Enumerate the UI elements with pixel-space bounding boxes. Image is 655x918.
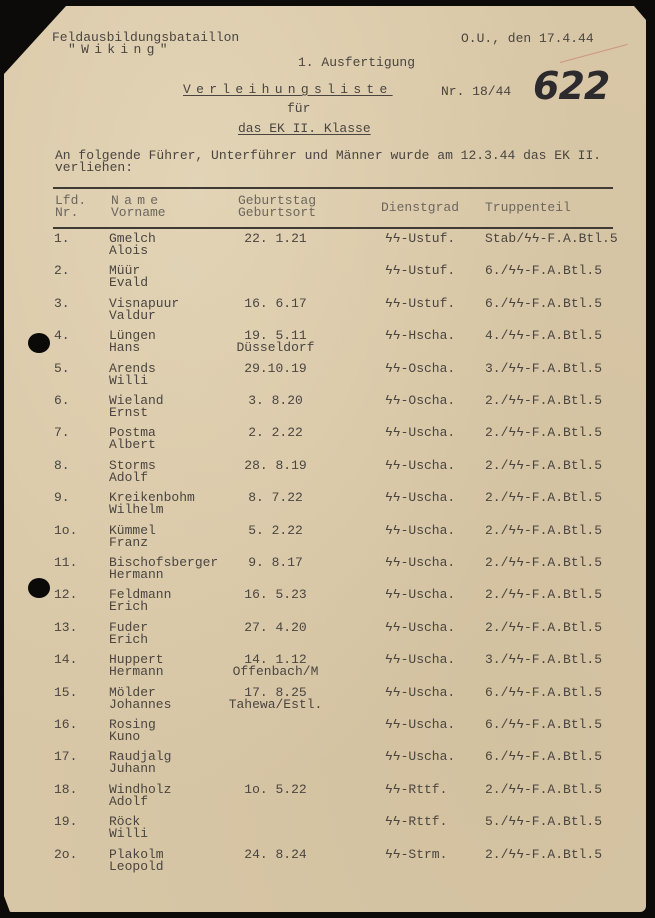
- row-unit: 6./ϟϟ-F.A.Btl.5: [485, 751, 602, 763]
- row-firstname: Franz: [109, 537, 148, 549]
- document-number: Nr. 18/44: [441, 86, 511, 98]
- row-firstname: Adolf: [109, 796, 148, 808]
- row-number: 2.: [54, 265, 70, 277]
- table-row: 9.KreikenbohmWilhelm8. 7.22ϟϟ-Uscha.2./ϟ…: [0, 492, 655, 524]
- row-unit: 2./ϟϟ-F.A.Btl.5: [485, 622, 602, 634]
- table-row: 16.RosingKunoϟϟ-Uscha.6./ϟϟ-F.A.Btl.5: [0, 719, 655, 751]
- row-number: 11.: [54, 557, 77, 569]
- row-number: 13.: [54, 622, 77, 634]
- row-firstname: Ernst: [109, 407, 148, 419]
- row-unit: 2./ϟϟ-F.A.Btl.5: [485, 460, 602, 472]
- row-number: 14.: [54, 654, 77, 666]
- row-number: 8.: [54, 460, 70, 472]
- row-birthdate: 2. 2.22: [228, 427, 323, 439]
- row-unit: 3./ϟϟ-F.A.Btl.5: [485, 363, 602, 375]
- row-birthdate: 24. 8.24: [228, 849, 323, 861]
- fuer-label: für: [287, 103, 310, 115]
- table-row: 2.MüürEvaldϟϟ-Ustuf.6./ϟϟ-F.A.Btl.5: [0, 265, 655, 297]
- row-rank: ϟϟ-Uscha.: [385, 687, 455, 699]
- row-rank: ϟϟ-Strm.: [385, 849, 447, 861]
- row-firstname: Valdur: [109, 310, 156, 322]
- row-unit: 2./ϟϟ-F.A.Btl.5: [485, 589, 602, 601]
- row-number: 2o.: [54, 849, 77, 861]
- row-firstname: Willi: [109, 375, 148, 387]
- row-rank: ϟϟ-Ustuf.: [385, 298, 455, 310]
- row-number: 1.: [54, 233, 70, 245]
- table-row: 13.FuderErich27. 4.20ϟϟ-Uscha.2./ϟϟ-F.A.…: [0, 622, 655, 654]
- row-number: 9.: [54, 492, 70, 504]
- col-nr-2: Nr.: [55, 207, 78, 219]
- row-birthplace: Offenbach/M: [228, 666, 323, 678]
- row-rank: ϟϟ-Uscha.: [385, 719, 455, 731]
- row-number: 16.: [54, 719, 77, 731]
- table-top-rule: [53, 187, 613, 189]
- row-firstname: Hermann: [109, 569, 164, 581]
- row-unit: 2./ϟϟ-F.A.Btl.5: [485, 849, 602, 861]
- table-row: 1o.KümmelFranz5. 2.22ϟϟ-Uscha.2./ϟϟ-F.A.…: [0, 525, 655, 557]
- handwritten-number: 622: [533, 66, 609, 106]
- row-number: 3.: [54, 298, 70, 310]
- table-header-rule: [53, 227, 613, 229]
- row-unit: Stab/ϟϟ-F.A.Btl.5: [485, 233, 618, 245]
- row-number: 19.: [54, 816, 77, 828]
- table-row: 14.HuppertHermann14. 1.12Offenbach/Mϟϟ-U…: [0, 654, 655, 686]
- row-rank: ϟϟ-Rttf.: [385, 816, 447, 828]
- award-title: das EK II. Klasse: [238, 123, 371, 135]
- row-rank: ϟϟ-Rttf.: [385, 784, 447, 796]
- row-unit: 2./ϟϟ-F.A.Btl.5: [485, 395, 602, 407]
- row-rank: ϟϟ-Uscha.: [385, 751, 455, 763]
- row-unit: 2./ϟϟ-F.A.Btl.5: [485, 427, 602, 439]
- row-rank: ϟϟ-Hscha.: [385, 330, 455, 342]
- table-row: 19.RöckWilliϟϟ-Rttf.5./ϟϟ-F.A.Btl.5: [0, 816, 655, 848]
- row-number: 1o.: [54, 525, 77, 537]
- row-number: 7.: [54, 427, 70, 439]
- table-row: 15.MölderJohannes17. 8.25Tahewa/Estl.ϟϟ-…: [0, 687, 655, 719]
- row-rank: ϟϟ-Uscha.: [385, 492, 455, 504]
- intro-line-2: verliehen:: [55, 162, 133, 174]
- row-firstname: Kuno: [109, 731, 140, 743]
- row-firstname: Erich: [109, 601, 148, 613]
- row-birthplace: Düsseldorf: [228, 342, 323, 354]
- row-unit: 2./ϟϟ-F.A.Btl.5: [485, 784, 602, 796]
- row-birthplace: Tahewa/Estl.: [228, 699, 323, 711]
- row-rank: ϟϟ-Uscha.: [385, 427, 455, 439]
- row-rank: ϟϟ-Uscha.: [385, 557, 455, 569]
- row-firstname: Albert: [109, 439, 156, 451]
- row-number: 5.: [54, 363, 70, 375]
- row-birthdate: 29.10.19: [228, 363, 323, 375]
- row-rank: ϟϟ-Uscha.: [385, 460, 455, 472]
- row-rank: ϟϟ-Uscha.: [385, 525, 455, 537]
- row-rank: ϟϟ-Uscha.: [385, 654, 455, 666]
- row-unit: 2./ϟϟ-F.A.Btl.5: [485, 525, 602, 537]
- row-rank: ϟϟ-Uscha.: [385, 622, 455, 634]
- table-row: 6.WielandErnst3. 8.20ϟϟ-Oscha.2./ϟϟ-F.A.…: [0, 395, 655, 427]
- row-rank: ϟϟ-Oscha.: [385, 395, 455, 407]
- row-firstname: Adolf: [109, 472, 148, 484]
- unit-subname: "Wiking": [68, 44, 173, 56]
- row-birthdate: 9. 8.17: [228, 557, 323, 569]
- row-rank: ϟϟ-Ustuf.: [385, 265, 455, 277]
- row-number: 17.: [54, 751, 77, 763]
- col-unit: Truppenteil: [485, 202, 571, 214]
- row-unit: 5./ϟϟ-F.A.Btl.5: [485, 816, 602, 828]
- row-birthdate: 16. 5.23: [228, 589, 323, 601]
- table-row: 1.GmelchAlois22. 1.21ϟϟ-Ustuf.Stab/ϟϟ-F.…: [0, 233, 655, 265]
- row-rank: ϟϟ-Oscha.: [385, 363, 455, 375]
- table-row: 3.VisnapuurValdur16. 6.17ϟϟ-Ustuf.6./ϟϟ-…: [0, 298, 655, 330]
- row-firstname: Erich: [109, 634, 148, 646]
- row-unit: 6./ϟϟ-F.A.Btl.5: [485, 265, 602, 277]
- row-birthdate: 3. 8.20: [228, 395, 323, 407]
- row-firstname: Juhann: [109, 763, 156, 775]
- row-unit: 2./ϟϟ-F.A.Btl.5: [485, 492, 602, 504]
- copy-label: 1. Ausfertigung: [298, 57, 415, 69]
- table-row: 18.WindholzAdolf1o. 5.22ϟϟ-Rttf.2./ϟϟ-F.…: [0, 784, 655, 816]
- row-number: 12.: [54, 589, 77, 601]
- row-birthdate: 22. 1.21: [228, 233, 323, 245]
- row-firstname: Hans: [109, 342, 140, 354]
- row-firstname: Hermann: [109, 666, 164, 678]
- row-birthdate: 28. 8.19: [228, 460, 323, 472]
- row-birthdate: 1o. 5.22: [228, 784, 323, 796]
- row-birthdate: 8. 7.22: [228, 492, 323, 504]
- row-rank: ϟϟ-Ustuf.: [385, 233, 455, 245]
- document-title: Verleihungsliste: [183, 84, 393, 96]
- row-firstname: Leopold: [109, 861, 164, 873]
- table-row: 4.LüngenHans19. 5.11Düsseldorfϟϟ-Hscha.4…: [0, 330, 655, 362]
- row-unit: 4./ϟϟ-F.A.Btl.5: [485, 330, 602, 342]
- row-birthdate: 16. 6.17: [228, 298, 323, 310]
- table-row: 7.PostmaAlbert2. 2.22ϟϟ-Uscha.2./ϟϟ-F.A.…: [0, 427, 655, 459]
- table-row: 2o.PlakolmLeopold24. 8.24ϟϟ-Strm.2./ϟϟ-F…: [0, 849, 655, 881]
- row-firstname: Wilhelm: [109, 504, 164, 516]
- table-row: 17.RaudjalgJuhannϟϟ-Uscha.6./ϟϟ-F.A.Btl.…: [0, 751, 655, 783]
- row-firstname: Alois: [109, 245, 148, 257]
- col-born-2: Geburtsort: [238, 207, 316, 219]
- row-unit: 6./ϟϟ-F.A.Btl.5: [485, 719, 602, 731]
- table-row: 12.FeldmannErich16. 5.23ϟϟ-Uscha.2./ϟϟ-F…: [0, 589, 655, 621]
- intro-line-1: An folgende Führer, Unterführer und Männ…: [55, 150, 601, 162]
- row-number: 18.: [54, 784, 77, 796]
- row-birthdate: 5. 2.22: [228, 525, 323, 537]
- row-firstname: Johannes: [109, 699, 171, 711]
- row-unit: 6./ϟϟ-F.A.Btl.5: [485, 298, 602, 310]
- place-date: O.U., den 17.4.44: [461, 33, 594, 45]
- row-birthdate: 27. 4.20: [228, 622, 323, 634]
- table-row: 11.BischofsbergerHermann9. 8.17ϟϟ-Uscha.…: [0, 557, 655, 589]
- row-number: 4.: [54, 330, 70, 342]
- row-rank: ϟϟ-Uscha.: [385, 589, 455, 601]
- row-number: 6.: [54, 395, 70, 407]
- table-row: 5.ArendsWilli29.10.19ϟϟ-Oscha.3./ϟϟ-F.A.…: [0, 363, 655, 395]
- row-number: 15.: [54, 687, 77, 699]
- col-rank: Dienstgrad: [381, 202, 459, 214]
- col-name-2: Vorname: [111, 207, 166, 219]
- table-row: 8.StormsAdolf28. 8.19ϟϟ-Uscha.2./ϟϟ-F.A.…: [0, 460, 655, 492]
- row-unit: 6./ϟϟ-F.A.Btl.5: [485, 687, 602, 699]
- row-unit: 2./ϟϟ-F.A.Btl.5: [485, 557, 602, 569]
- row-firstname: Evald: [109, 277, 148, 289]
- row-firstname: Willi: [109, 828, 148, 840]
- row-unit: 3./ϟϟ-F.A.Btl.5: [485, 654, 602, 666]
